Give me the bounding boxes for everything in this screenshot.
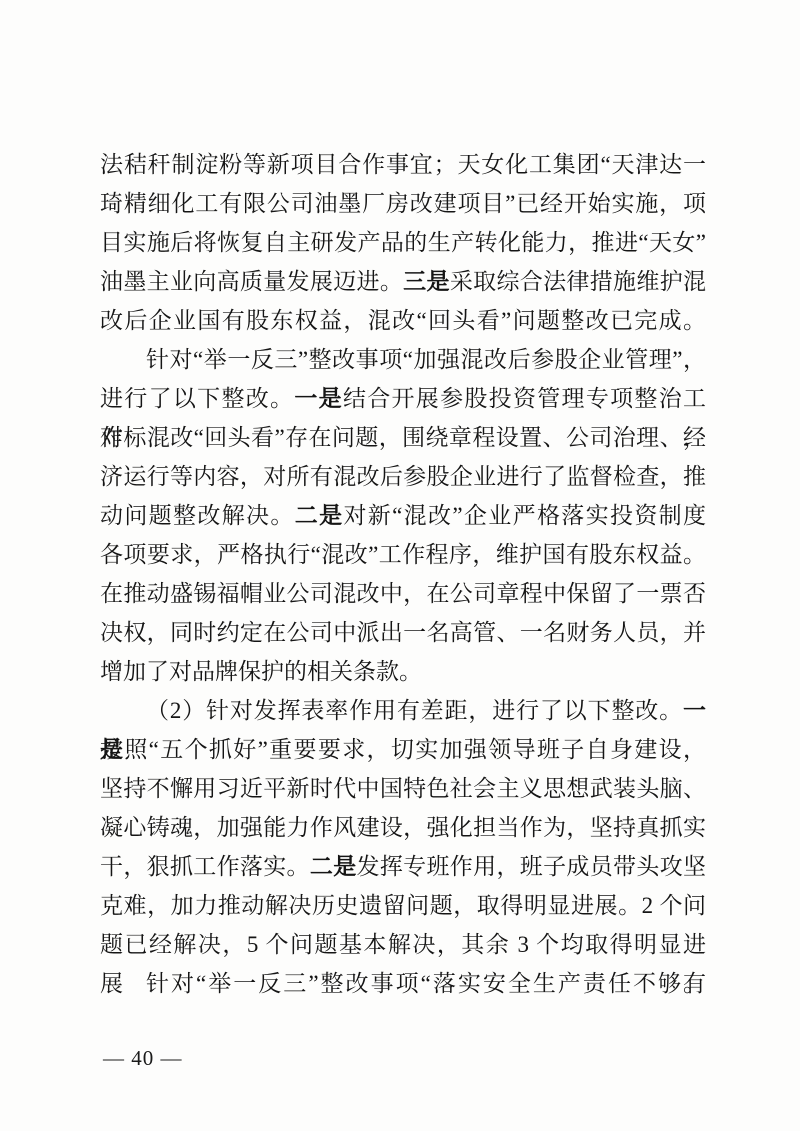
body-text: 济运行等内容，对所有混改后参股企业进行了监督检查，推 (100, 464, 706, 489)
body-text: 琦精细化工有限公司油墨厂房改建项目”已经开始实施，项 (100, 191, 706, 216)
body-text: 坚持不懈用习近平新时代中国特色社会主义思想武装头脑、 (100, 776, 706, 801)
body-text: 进行了以下整改。 (100, 386, 294, 411)
paragraph: （2）针对发挥表率作用有差距，进行了以下整改。一是按照“五个抓好”重要要求，切实… (100, 691, 706, 964)
body-text: 凝心铸魂，加强能力作风建设，强化担当作为，坚持真抓实 (100, 815, 706, 840)
body-text: 采取综合法律措施维护混 (450, 269, 706, 294)
emphasis-text: 一是 (294, 386, 343, 411)
body-text: 干，狠抓工作落实。 (100, 854, 310, 879)
body-text: 针对“举一反三”整改事项“落实安全生产责任不够有 (146, 971, 706, 996)
text-line: 按照“五个抓好”重要要求，切实加强领导班子自身建设， (100, 730, 706, 769)
paragraph: 针对“举一反三”整改事项“加强混改后参股企业管理”，进行了以下整改。一是结合开展… (100, 340, 706, 691)
text-line: 进行了以下整改。一是结合开展参股投资管理专项整治工作， (100, 379, 706, 418)
text-line: 琦精细化工有限公司油墨厂房改建项目”已经开始实施，项 (100, 184, 706, 223)
text-line: 增加了对品牌保护的相关条款。 (100, 652, 706, 691)
text-line: 改后企业国有股东权益，混改“回头看”问题整改已完成。 (100, 301, 706, 340)
text-line: 济运行等内容，对所有混改后参股企业进行了监督检查，推 (100, 457, 706, 496)
body-text: 针对“举一反三”整改事项“加强混改后参股企业管理”， (146, 347, 706, 372)
page-number: — 40 — (103, 1044, 183, 1072)
text-line: 决权，同时约定在公司中派出一名高管、一名财务人员，并 (100, 613, 706, 652)
body-text: 目实施后将恢复自主研发产品的生产转化能力，推进“天女” (100, 230, 706, 255)
body-text: 发挥专班作用，班子成员带头攻坚 (357, 854, 706, 879)
emphasis-text: 二是 (295, 503, 344, 528)
body-text: 克难，加力推动解决历史遗留问题，取得明显进展。2 个问 (100, 893, 706, 918)
body-text: 对新“混改”企业严格落实投资制度 (343, 503, 706, 528)
text-line: 对标混改“回头看”存在问题，围绕章程设置、公司治理、经 (100, 418, 706, 457)
body-text: 改后企业国有股东权益，混改“回头看”问题整改已完成。 (100, 308, 706, 333)
body-text: （2）针对发挥表率作用有差距，进行了以下整改。 (146, 698, 683, 723)
text-block: 法秸秆制淀粉等新项目合作事宜；天女化工集团“天津达一琦精细化工有限公司油墨厂房改… (100, 145, 706, 1003)
body-text: 动问题整改解决。 (100, 503, 295, 528)
body-text: 对标混改“回头看”存在问题，围绕章程设置、公司治理、经 (100, 425, 706, 450)
paragraph: 针对“举一反三”整改事项“落实安全生产责任不够有 (100, 964, 706, 1003)
body-text: 按照“五个抓好”重要要求，切实加强领导班子自身建设， (100, 737, 706, 762)
body-text: 法秸秆制淀粉等新项目合作事宜；天女化工集团“天津达一 (100, 152, 706, 177)
text-line: 动问题整改解决。二是对新“混改”企业严格落实投资制度 (100, 496, 706, 535)
emphasis-text: 二是 (310, 854, 357, 879)
body-text: 油墨主业向高质量发展迈进。 (100, 269, 403, 294)
text-line: 各项要求，严格执行“混改”工作程序，维护国有股东权益。 (100, 535, 706, 574)
emphasis-text: 三是 (403, 269, 450, 294)
body-text: 增加了对品牌保护的相关条款。 (100, 659, 422, 684)
text-line: 针对“举一反三”整改事项“加强混改后参股企业管理”， (100, 340, 706, 379)
text-line: 凝心铸魂，加强能力作风建设，强化担当作为，坚持真抓实 (100, 808, 706, 847)
body-text: 各项要求，严格执行“混改”工作程序，维护国有股东权益。 (100, 542, 706, 567)
text-line: 坚持不懈用习近平新时代中国特色社会主义思想武装头脑、 (100, 769, 706, 808)
text-line: 针对“举一反三”整改事项“落实安全生产责任不够有 (100, 964, 706, 1003)
text-line: 在推动盛锡福帽业公司混改中，在公司章程中保留了一票否 (100, 574, 706, 613)
paragraph: 法秸秆制淀粉等新项目合作事宜；天女化工集团“天津达一琦精细化工有限公司油墨厂房改… (100, 145, 706, 340)
text-line: 目实施后将恢复自主研发产品的生产转化能力，推进“天女” (100, 223, 706, 262)
document-page: 法秸秆制淀粉等新项目合作事宜；天女化工集团“天津达一琦精细化工有限公司油墨厂房改… (0, 0, 800, 1131)
text-line: 油墨主业向高质量发展迈进。三是采取综合法律措施维护混 (100, 262, 706, 301)
body-text: 在推动盛锡福帽业公司混改中，在公司章程中保留了一票否 (100, 581, 706, 606)
text-line: 克难，加力推动解决历史遗留问题，取得明显进展。2 个问 (100, 886, 706, 925)
text-line: 干，狠抓工作落实。二是发挥专班作用，班子成员带头攻坚 (100, 847, 706, 886)
text-line: 法秸秆制淀粉等新项目合作事宜；天女化工集团“天津达一 (100, 145, 706, 184)
text-line: （2）针对发挥表率作用有差距，进行了以下整改。一是 (100, 691, 706, 730)
text-line: 题已经解决，5 个问题基本解决，其余 3 个均取得明显进展。 (100, 925, 706, 964)
body-text: 决权，同时约定在公司中派出一名高管、一名财务人员，并 (100, 620, 706, 645)
